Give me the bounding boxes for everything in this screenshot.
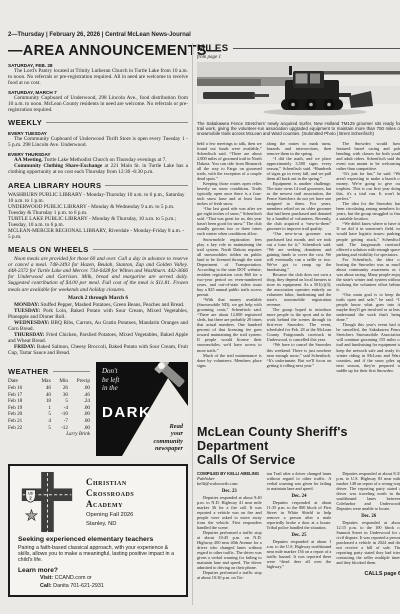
calls-entry: Deputies responded at about 9:40 p.m. to… — [197, 495, 262, 530]
dark-ad-tagline: Read your community newspaper — [154, 423, 183, 453]
area-announcements-title: —AREA ANNOUNCEMENTS— — [8, 43, 188, 59]
photo-snow-groomer — [197, 62, 400, 119]
article-paragraph: Because the club does not own a shop, th… — [267, 272, 332, 307]
photo-caption: The Sakakawea Fence Stretchers' newly ac… — [197, 121, 400, 137]
library-hours-heading: AREA LIBRARY HOURS — [8, 181, 188, 190]
weather-table: WEATHER DateMaxMinPrecip Feb 164626.00 F… — [8, 362, 90, 437]
article-paragraph: “Our main goal is to keep the trails ope… — [336, 292, 400, 322]
cca-name-line: Crossroads — [86, 488, 134, 499]
sheriff-calls-section: McLean County Sheriff's Department Calls… — [197, 425, 400, 605]
sheriff-title-line2: Calls Of Service — [197, 453, 400, 467]
dark-ad-intro: Don't be left in the — [102, 367, 119, 392]
menu-week-label: March 2 through March 6 — [8, 295, 188, 301]
article-paragraph: “We didn't know where to have it. If we … — [336, 221, 400, 256]
calls-date-heading: Dec. 23 — [197, 489, 262, 494]
dark-ad-word: DARK — [102, 404, 151, 421]
event-heading-sat-feb28: SATURDAY, FEB. 28 — [8, 63, 188, 68]
article-column-1: held a few meetings to talk, then we fou… — [197, 141, 262, 418]
article-paragraph: Snowmobile registration fees play a key … — [197, 237, 262, 298]
every-thursday-heading: EVERY THURSDAY — [8, 152, 188, 157]
weather-header-row: DateMaxMinPrecip — [8, 378, 90, 385]
article-paragraph: “I did the math, and we place approximat… — [267, 156, 332, 181]
calls-date-heading: Dec. 25 — [267, 533, 332, 538]
cca-name-line: Academy — [86, 499, 134, 510]
calls-entry: Deputies responded at about 11:35 p.m. t… — [267, 500, 332, 530]
article-paragraph: “Our new-to-us groomer was purchased las… — [267, 231, 332, 271]
article-paragraph: “Our last good ride was after we got eig… — [197, 206, 262, 236]
event-heading-sat-mar7: SATURDAY, MARCH 7 — [8, 90, 188, 95]
calls-jump-line: CALLS page 6 — [336, 571, 400, 577]
article-paragraph: The group hoped to introduce more people… — [267, 307, 332, 342]
article-column-3: The Snowdeo would have featured barrel r… — [336, 141, 400, 418]
article-paragraph: For Schenfisch, the idea of hosting the … — [336, 257, 400, 292]
calls-column-1: COMPILED BY KELLI ABELING Publisher kell… — [197, 471, 262, 605]
star-icon — [26, 510, 37, 521]
cca-call-line: Call: Danita 701-621-2931 — [18, 583, 178, 589]
weather-row: Feb 18185.24 — [8, 398, 90, 405]
cca-location: Stanley, ND — [86, 521, 134, 528]
weather-row: Feb 174030.46 — [8, 392, 90, 399]
miles-article-body: held a few meetings to talk, then we fou… — [197, 141, 400, 418]
article-paragraph: Keeping those routes open relies heavily… — [197, 181, 262, 206]
event-text-sat-feb28: The Lord's Pantry located at Trinity Lut… — [8, 68, 188, 86]
miles-from-page: from page 1 — [197, 55, 400, 60]
article-paragraph: Though this year's event had to be cance… — [336, 322, 400, 372]
miles-article-section: MILES from page 1 The Sakakawea F — [192, 43, 400, 605]
library-hours-line: WASHBURN PUBLIC LIBRARY - Monday-Thursda… — [8, 192, 188, 204]
article-paragraph: “It's just for fun,” he said. “We aren't… — [336, 171, 400, 201]
menu-thursday: THURSDAY: Fried Chicken, Parslied Potato… — [8, 332, 188, 344]
weather-row: Feb 205-10.00 — [8, 411, 90, 418]
calls-entry: Deputies responded at about 12:15 p.m. t… — [336, 520, 400, 565]
cca-name-line: Christian — [86, 477, 134, 488]
article-paragraph: Equipment is another challenge. The stat… — [267, 181, 332, 231]
calls-date-heading: Dec. 24 — [267, 494, 332, 499]
library-hours-line: MCLEAN-MERCER REGIONAL LIBRARY, Riverdal… — [8, 228, 188, 240]
cca-learn-more: Learn more? — [18, 567, 178, 574]
article-paragraph: along the routes to mark turns, hazards … — [267, 141, 332, 156]
article-column-2: along the routes to mark turns, hazards … — [267, 141, 332, 418]
byline-email: kelli@walsworth.com — [197, 481, 262, 486]
calls-entry: Deputies performed a traffic stop at abo… — [197, 530, 262, 570]
menu-tuesday: TUESDAY: Pork Loin, Baked Potato with So… — [8, 308, 188, 320]
every-thursday-text-clothing: Community Clothing Share-Exchange at 221… — [8, 163, 188, 175]
weather-row: Feb 191-4.00 — [8, 405, 90, 412]
calls-entry: Deputies responded at about 1 a.m. to th… — [267, 539, 332, 569]
page-header: 2—Thursday | February 26, 2026 | Central… — [8, 32, 191, 38]
calls-date-heading: Dec. 26 — [336, 514, 400, 519]
article-paragraph: “We have to cancel the Snowdeo this week… — [267, 342, 332, 367]
event-text-sat-mar7: Community Cupboard of Underwood, 298 Lin… — [8, 95, 188, 113]
dark-newspaper-ad: Don't be left in the DARK Read your comm… — [96, 362, 188, 456]
cca-body-text: Pairing a faith-based classical approach… — [18, 545, 178, 564]
library-hours-line: UNDERWOOD PUBLIC LIBRARY - Monday & Wedn… — [8, 204, 188, 216]
cca-headline: Seeking experienced elementary teachers — [18, 536, 178, 543]
weather-row: Feb 225-12.00 — [8, 425, 90, 432]
weather-row: Feb 214-7.00 — [8, 418, 90, 425]
sheriff-title-line1: McLean County Sheriff's Department — [197, 425, 400, 453]
byline: COMPILED BY KELLI ABELING — [197, 471, 262, 476]
article-paragraph: held a few meetings to talk, then we fou… — [197, 141, 262, 181]
newspaper-page: 2—Thursday | February 26, 2026 | Central… — [0, 0, 400, 614]
article-paragraph: The Snowdeo would have featured barrel r… — [336, 141, 400, 171]
calls-column-2: ton Trail after a driver changed lanes w… — [267, 471, 332, 605]
every-tuesday-text: The Community Cupboard of Underwood Thri… — [8, 136, 188, 148]
weather-row: Feb 164626.00 — [8, 385, 90, 392]
menu-wednesday: WEDNESDAY: BBQ Ribs, Carrots, Au Gratin … — [8, 320, 188, 332]
crossroads-cross-graphic: US 2 — [18, 471, 76, 533]
calls-entry: Deputies performed a traffic stop at abo… — [197, 570, 262, 580]
library-hours-line: TURTLE LAKE PUBLIC LIBRARY - Monday & Th… — [8, 216, 188, 228]
cca-opening: Opening Fall 2026 — [86, 512, 134, 519]
cca-visit-line: Visit: CCAND.com or — [18, 575, 178, 581]
weekly-heading: WEEKLY — [8, 118, 188, 127]
article-paragraph: “With that money available (Snowmobile N… — [197, 297, 262, 353]
menu-friday: FRIDAY: Baked Salmon, Cheesy Broccoli, B… — [8, 344, 188, 356]
meals-on-wheels-intro: Noon meals are provided for those 60 and… — [8, 256, 188, 292]
calls-entry: ton Trail after a driver changed lanes w… — [267, 471, 332, 491]
article-paragraph: Much of the trail maintenance is done by… — [197, 353, 262, 368]
weather-heading: WEATHER — [8, 367, 90, 376]
article-paragraph: The idea for the Snowdeo had been circul… — [336, 201, 400, 221]
area-announcements-section: —AREA ANNOUNCEMENTS— SATURDAY, FEB. 28 T… — [8, 43, 188, 597]
miles-heading: MILES — [197, 43, 400, 54]
calls-entry: Deputies responded at about 8:33 p.m. to… — [336, 471, 400, 511]
christian-crossroads-academy-ad: US 2 Christian Crossroads Academy Openin… — [8, 464, 188, 596]
meals-on-wheels-heading: MEALS ON WHEELS — [8, 245, 188, 254]
weather-observer-credit: Larry Brink — [8, 432, 90, 437]
sheriff-calls-body: COMPILED BY KELLI ABELING Publisher kell… — [197, 471, 400, 605]
calls-column-3: Deputies responded at about 8:33 p.m. to… — [336, 471, 400, 605]
